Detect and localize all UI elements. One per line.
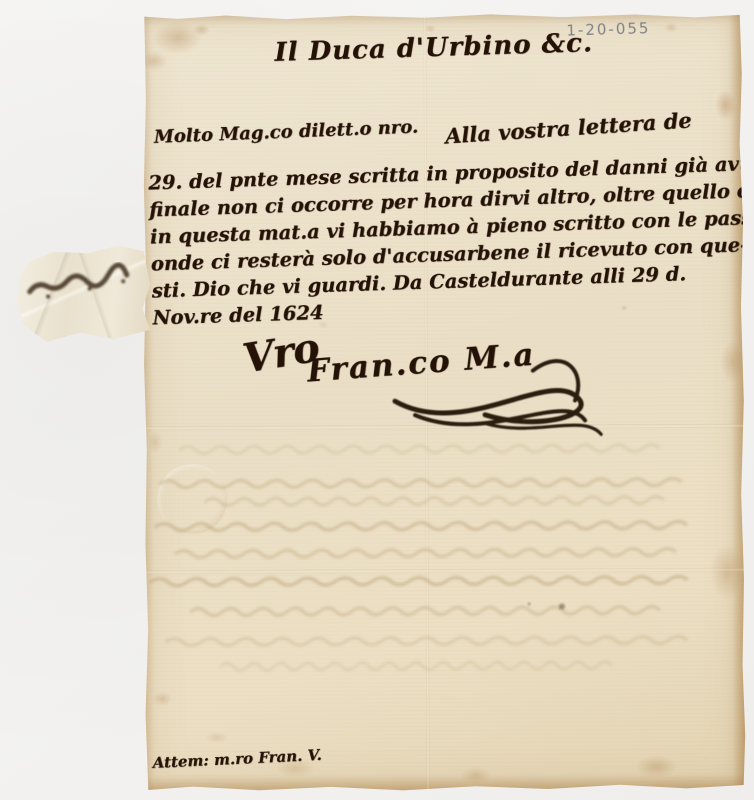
paper-flap xyxy=(13,241,155,346)
docket-annotation: Attem: m.ro Fran. V. xyxy=(152,746,322,772)
opening-line: Alla vostra lettera de xyxy=(444,107,692,148)
flap-ink-smudge xyxy=(13,241,155,346)
scanner-background: 1-20-055 Il Duca d'Urbino &c. Molto Mag.… xyxy=(0,0,754,800)
letter-heading: Il Duca d'Urbino &c. xyxy=(274,28,593,68)
letter-paper: 1-20-055 Il Duca d'Urbino &c. Molto Mag.… xyxy=(141,12,746,793)
ink-bleed-through xyxy=(149,420,738,687)
letter-body: 29. del pnte mese scritta in proposito d… xyxy=(148,151,741,332)
salutation: Molto Mag.co dilett.o nro. xyxy=(154,117,419,148)
